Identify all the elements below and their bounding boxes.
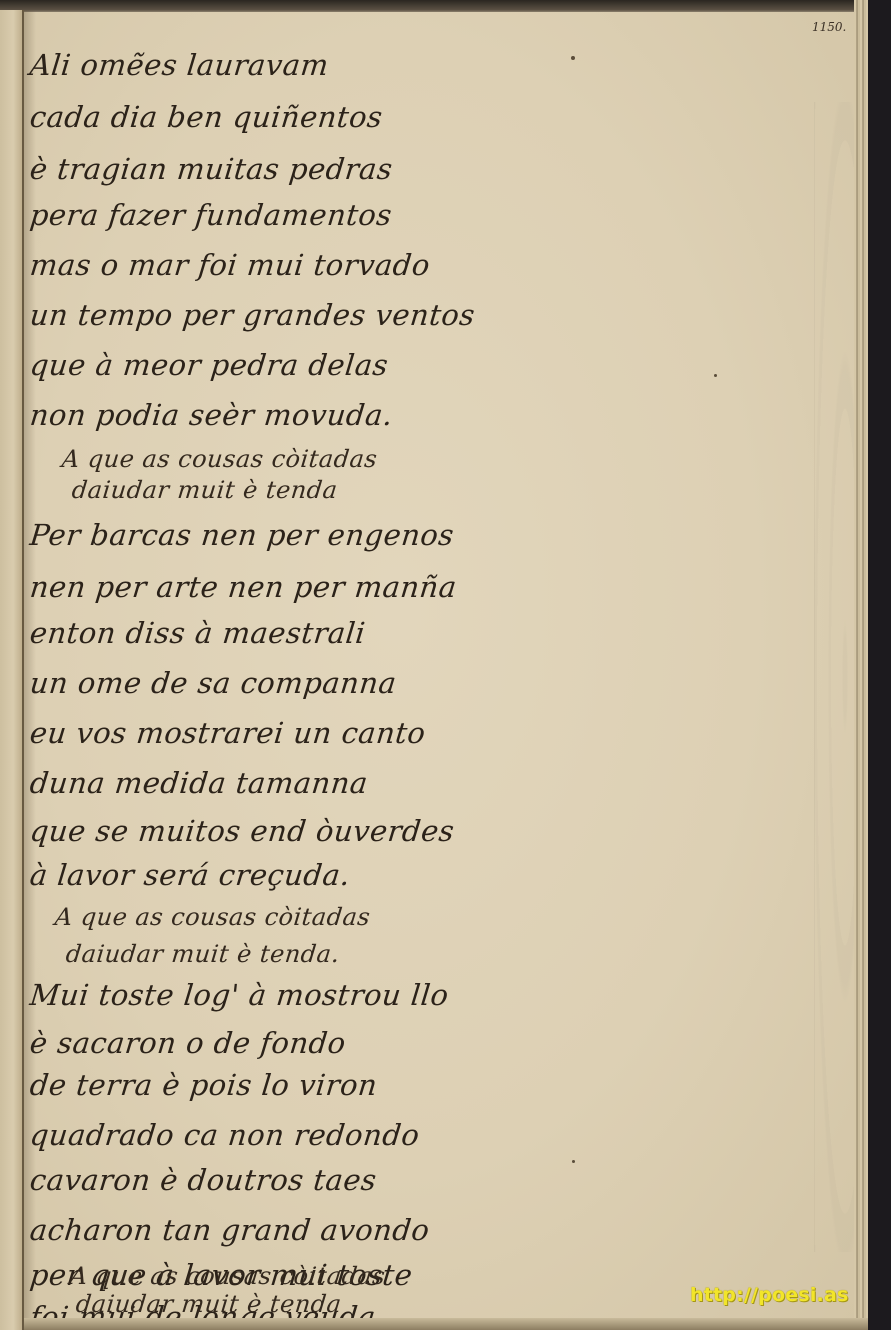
- refrain-line: A que as cousas còitadas: [54, 903, 372, 931]
- page-bottom-edge: [24, 1318, 868, 1330]
- refrain-line: daiudar muit è tenda: [71, 476, 340, 504]
- verse-line: cada dia ben quiñentos: [28, 100, 384, 134]
- site-watermark: http://poesi.as: [690, 1284, 848, 1306]
- refrain-line: daiudar muit è tenda.: [65, 940, 342, 968]
- verse-line: Mui toste log' à mostrou llo: [28, 978, 450, 1012]
- verse-line: duna medida tamanna: [28, 766, 369, 800]
- verse-line: è sacaron o de fondo: [28, 1026, 347, 1060]
- facing-page-edge: [0, 10, 24, 1330]
- verse-line: nen per arte nen per manña: [28, 570, 458, 604]
- closing-refrain-line: daiudar muit è tenda: [75, 1290, 344, 1318]
- verse-line: acharon tan grand avondo: [28, 1213, 431, 1247]
- verse-line: eu vos mostrarei un canto: [28, 716, 427, 750]
- verse-line: de terra è pois lo viron: [28, 1068, 379, 1102]
- verse-line: que à meor pedra delas: [28, 348, 390, 382]
- verse-line: pera fazer fundamentos: [28, 198, 393, 232]
- verse-line: enton diss à maestrali: [28, 616, 367, 650]
- folio-number: 1150.: [812, 20, 846, 34]
- background-dark: [868, 0, 891, 1330]
- verse-line: Ali omẽes lauravam: [28, 48, 330, 82]
- verse-line: non podia seèr movuda.: [28, 398, 394, 432]
- stacked-page-edges: [854, 0, 868, 1330]
- ink-speck: [572, 1160, 575, 1163]
- ink-speck: [714, 374, 717, 377]
- refrain-line: A que as cousas còitadas: [61, 445, 379, 473]
- manuscript-scan: 1150. Ali omẽes lauravam cada dia ben qu…: [0, 0, 891, 1330]
- closing-refrain-line: A que as cousas còitadas: [69, 1262, 387, 1290]
- verse-line: è tragian muitas pedras: [28, 152, 394, 186]
- ink-speck: [571, 56, 575, 60]
- verse-line: un ome de sa companna: [28, 666, 398, 700]
- verse-line: quadrado ca non redondo: [28, 1118, 421, 1152]
- verse-line: à lavor será creçuda.: [28, 858, 352, 892]
- verse-line: Per barcas nen per engenos: [28, 518, 456, 552]
- verse-line: un tempo per grandes ventos: [28, 298, 476, 332]
- verse-line: cavaron è doutros taes: [28, 1163, 378, 1197]
- verse-line: mas o mar foi mui torvado: [28, 248, 432, 282]
- verse-line: que se muitos end òuverdes: [28, 814, 456, 848]
